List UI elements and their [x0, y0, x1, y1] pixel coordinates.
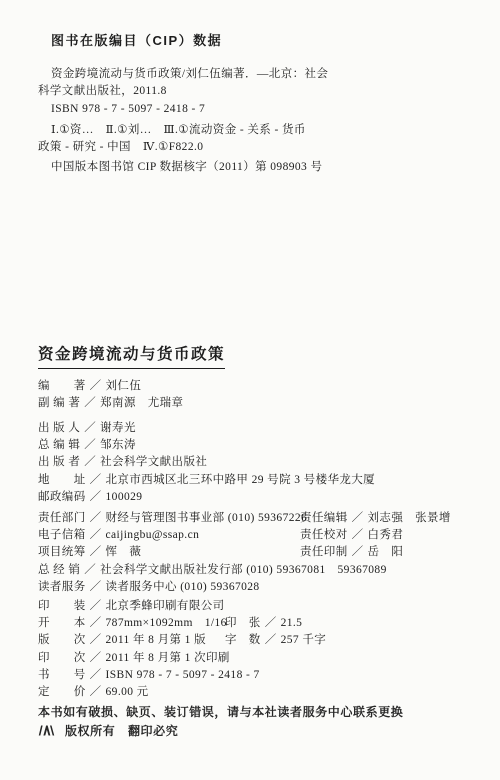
field-label: 出 版 者 — [38, 454, 80, 471]
staff-row: 项目统筹／恽 薇 责任印制／岳 阳 — [38, 544, 476, 561]
field-value: 787mm×1092mm 1/16 — [106, 617, 227, 629]
field-value: caijingbu@ssap.cn — [106, 529, 200, 541]
print-row: 印 装／北京季蜂印刷有限公司 — [38, 598, 476, 615]
slash-separator: ／ — [86, 669, 106, 681]
field-label: 出 版 人 — [38, 420, 80, 437]
field-label: 邮政编码 — [38, 489, 86, 506]
slash-separator: ／ — [86, 652, 106, 664]
publisher-row: 地 址／北京市西城区北三环中路甲 29 号院 3 号楼华龙大厦 — [38, 472, 476, 489]
print-right-field: 印 张／21.5 — [225, 615, 302, 632]
field-label: 责任编辑 — [300, 510, 348, 527]
field-label: 书 号 — [38, 667, 86, 684]
slash-separator: ／ — [86, 617, 106, 629]
field-value: 21.5 — [281, 617, 303, 629]
publisher-row: 邮政编码／100029 — [38, 489, 476, 506]
field-label: 责任校对 — [300, 527, 348, 544]
credit-row-deputy-editor: 副 编 著／郑南源 尤瑞章 — [38, 395, 476, 412]
field-value: 69.00 元 — [106, 686, 149, 698]
credit-row-editor: 编 著／刘仁伍 — [38, 378, 476, 395]
field-label: 地 址 — [38, 472, 86, 489]
field-value: 恽 薇 — [106, 546, 142, 558]
title-block: 资金跨境流动与货币政策 编 著／刘仁伍 副 编 著／郑南源 尤瑞章 — [38, 342, 476, 412]
staff-row: 电子信箱／caijingbu@ssap.cn 责任校对／白秀君 — [38, 527, 476, 544]
publisher-row: 出 版 人／谢寿光 — [38, 420, 476, 437]
field-label: 定 价 — [38, 684, 86, 701]
field-value: 岳 阳 — [368, 546, 404, 558]
field-value: 北京季蜂印刷有限公司 — [106, 600, 225, 612]
field-value: 郑南源 尤瑞章 — [100, 397, 183, 409]
slash-separator: ／ — [80, 397, 100, 409]
copyright-text: 版权所有 翻印必究 — [65, 724, 178, 738]
cip-data-block: 图书在版编目（CIP）数据 资金跨境流动与货币政策/刘仁伍编著．—北京：社会 科… — [38, 30, 476, 177]
field-value: 社会科学文献出版社 — [100, 456, 207, 468]
staff-right-field: 责任校对／白秀君 — [300, 527, 403, 544]
field-value: 读者服务中心 (010) 59367028 — [106, 581, 260, 593]
slash-separator: ／ — [86, 491, 106, 503]
cip-entry-line-1: 资金跨境流动与货币政策/刘仁伍编著．—北京：社会 — [38, 66, 476, 83]
cip-header: 图书在版编目（CIP）数据 — [51, 30, 476, 49]
slash-separator: ／ — [86, 474, 106, 486]
staff-block: 责任部门／财经与管理图书事业部 (010) 59367226 责任编辑／刘志强 … — [38, 510, 476, 596]
print-row: 定 价／69.00 元 — [38, 684, 476, 701]
field-value: 谢寿光 — [100, 422, 136, 434]
cip-isbn-line: ISBN 978 - 7 - 5097 - 2418 - 7 — [38, 101, 476, 118]
field-label: 印 张 — [225, 615, 261, 632]
print-row: 印 次／2011 年 8 月第 1 次印刷 — [38, 650, 476, 667]
field-label: 印 装 — [38, 598, 86, 615]
cip-body: 资金跨境流动与货币政策/刘仁伍编著．—北京：社会 科学文献出版社，2011.8 … — [38, 66, 476, 177]
print-block: 印 装／北京季蜂印刷有限公司 开 本／787mm×1092mm 1/16 印 张… — [38, 598, 476, 701]
credits-list: 编 著／刘仁伍 副 编 著／郑南源 尤瑞章 — [38, 378, 476, 412]
field-label: 字 数 — [225, 632, 261, 649]
copyright-line: 版权所有 翻印必究 — [38, 722, 476, 739]
field-label: 读者服务 — [38, 579, 86, 596]
slash-separator: ／ — [86, 529, 106, 541]
slash-separator: ／ — [348, 512, 368, 524]
field-value: 2011 年 8 月第 1 次印刷 — [106, 652, 230, 664]
slash-separator: ／ — [80, 422, 100, 434]
field-value: 社会科学文献出版社发行部 (010) 59367081 59367089 — [100, 564, 387, 576]
publisher-row: 出 版 者／社会科学文献出版社 — [38, 454, 476, 471]
slash-separator: ／ — [86, 546, 106, 558]
field-label: 总 经 销 — [38, 562, 80, 579]
staff-right-field: 责任印制／岳 阳 — [300, 544, 403, 561]
staff-row: 读者服务／读者服务中心 (010) 59367028 — [38, 579, 476, 596]
staff-row: 责任部门／财经与管理图书事业部 (010) 59367226 责任编辑／刘志强 … — [38, 510, 476, 527]
damage-replacement-notice: 本书如有破损、缺页、装订错误，请与本社读者服务中心联系更换 — [38, 703, 476, 720]
publisher-block: 出 版 人／谢寿光 总 编 辑／邹东涛 出 版 者／社会科学文献出版社 地 址／… — [38, 420, 476, 506]
field-label: 编 著 — [38, 378, 86, 395]
field-value: 白秀君 — [368, 529, 404, 541]
slash-separator: ／ — [86, 600, 106, 612]
print-row: 书 号／ISBN 978 - 7 - 5097 - 2418 - 7 — [38, 667, 476, 684]
field-value: 257 千字 — [281, 634, 327, 646]
field-value: 刘志强 张景增 — [368, 512, 451, 524]
publisher-row: 总 编 辑／邹东涛 — [38, 437, 476, 454]
cip-class-line-2: 政策 - 研究 - 中国 Ⅳ.①F822.0 — [38, 139, 476, 156]
field-value: 财经与管理图书事业部 (010) 59367226 — [106, 512, 308, 524]
notice-text: 本书如有破损、缺页、装订错误，请与本社读者服务中心联系更换 — [38, 705, 403, 719]
field-value: 刘仁伍 — [106, 380, 142, 392]
field-label: 版 次 — [38, 632, 86, 649]
print-row: 开 本／787mm×1092mm 1/16 印 张／21.5 — [38, 615, 476, 632]
field-value: ISBN 978 - 7 - 5097 - 2418 - 7 — [106, 669, 260, 681]
slash-separator: ／ — [80, 456, 100, 468]
slash-separator: ／ — [348, 529, 368, 541]
field-label: 印 次 — [38, 650, 86, 667]
slash-separator: ／ — [80, 439, 100, 451]
field-label: 电子信箱 — [38, 527, 86, 544]
field-label: 项目统筹 — [38, 544, 86, 561]
cip-entry-line-2: 科学文献出版社，2011.8 — [38, 83, 476, 100]
slash-separator: ／ — [80, 564, 100, 576]
field-value: 2011 年 8 月第 1 版 — [106, 634, 206, 646]
ssap-press-mark-icon — [38, 725, 55, 736]
slash-separator: ／ — [86, 686, 106, 698]
slash-separator: ／ — [86, 512, 106, 524]
field-label: 责任部门 — [38, 510, 86, 527]
cip-record-note: 中国版本图书馆 CIP 数据核字（2011）第 098903 号 — [38, 159, 476, 176]
slash-separator: ／ — [261, 617, 281, 629]
book-title: 资金跨境流动与货币政策 — [38, 342, 225, 369]
field-label: 总 编 辑 — [38, 437, 80, 454]
slash-separator: ／ — [86, 634, 106, 646]
field-label: 责任印制 — [300, 544, 348, 561]
field-value: 邹东涛 — [100, 439, 136, 451]
slash-separator: ／ — [86, 380, 106, 392]
slash-separator: ／ — [86, 581, 106, 593]
field-label: 副 编 著 — [38, 395, 80, 412]
staff-right-field: 责任编辑／刘志强 张景增 — [300, 510, 451, 527]
slash-separator: ／ — [348, 546, 368, 558]
field-label: 开 本 — [38, 615, 86, 632]
field-value: 北京市西城区北三环中路甲 29 号院 3 号楼华龙大厦 — [106, 474, 376, 486]
print-row: 版 次／2011 年 8 月第 1 版 字 数／257 千字 — [38, 632, 476, 649]
cip-class-line-1: Ⅰ.①资… Ⅱ.①刘… Ⅲ.①流动资金 - 关系 - 货币 — [38, 122, 476, 139]
field-value: 100029 — [106, 491, 143, 503]
print-right-field: 字 数／257 千字 — [225, 632, 326, 649]
staff-row: 总 经 销／社会科学文献出版社发行部 (010) 59367081 593670… — [38, 562, 476, 579]
slash-separator: ／ — [261, 634, 281, 646]
